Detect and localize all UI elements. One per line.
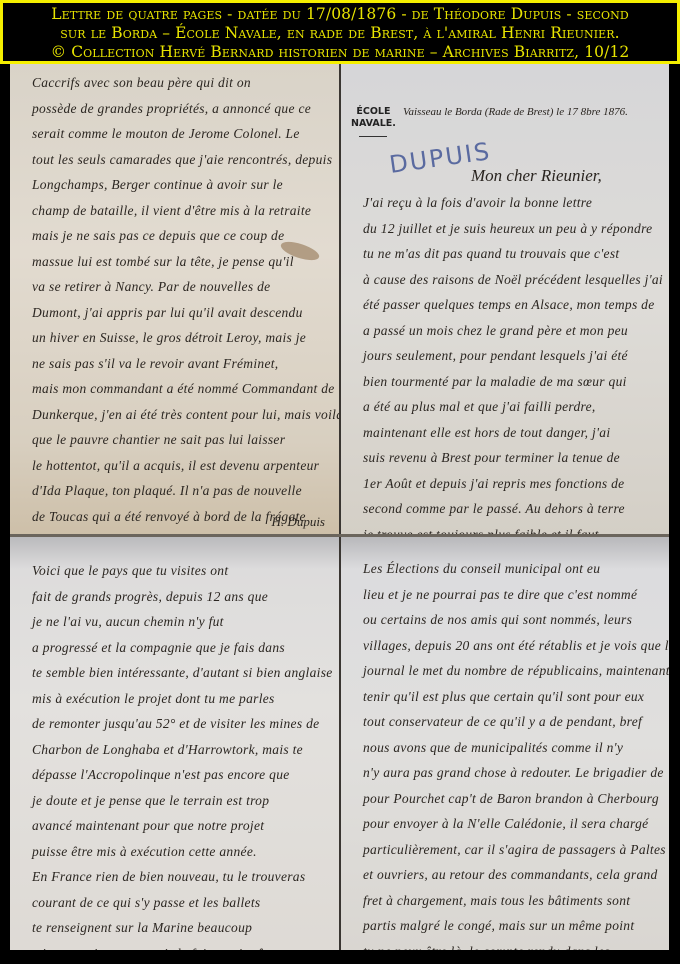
text-line: a progressé et la compagnie que je fais … — [10, 635, 339, 661]
text-line: a été au plus mal et que j'ai failli per… — [341, 394, 669, 420]
text-line: tu ne m'as dit pas quand tu trouvais que… — [341, 241, 669, 267]
ecole-navale-letterhead: ÉCOLE NAVALE. — [351, 106, 396, 137]
text-line: puisse être mis à exécution cette année. — [10, 839, 339, 865]
text-line: J'ai reçu à la fois d'avoir la bonne let… — [341, 190, 669, 216]
text-line: avancé maintenant pour que notre projet — [10, 813, 339, 839]
handwritten-text: Les Élections du conseil municipal ont e… — [341, 556, 669, 950]
text-line: fait de grands progrès, depuis 12 ans qu… — [10, 584, 339, 610]
place-and-date: Vaisseau le Borda (Rade de Brest) le 17 … — [403, 106, 628, 118]
letterhead-rule — [359, 136, 387, 137]
text-line: maintenant elle est hors de tout danger,… — [341, 420, 669, 446]
text-line: Longchamps, Berger continue à avoir sur … — [10, 172, 339, 198]
text-line: second comme par le passé. Au dehors à t… — [341, 496, 669, 522]
text-line: tenir qu'il est plus que certain qu'il s… — [341, 684, 669, 710]
text-line: Voici que le pays que tu visites ont — [10, 558, 339, 584]
text-line: te semble bien intéressante, d'autant si… — [10, 660, 339, 686]
page-fold-vertical — [339, 64, 341, 950]
text-line: tout les seuls camarades que j'aie renco… — [10, 147, 339, 173]
text-line: tu ne peux être là, le compte rendu dans… — [341, 939, 669, 951]
text-line: un hiver en Suisse, le gros détroit Lero… — [10, 325, 339, 351]
text-line: Les Élections du conseil municipal ont e… — [341, 556, 669, 582]
handwritten-text: Caccrifs avec son beau père qui dit on p… — [10, 70, 339, 529]
text-line: ne sais pas s'il va le revoir avant Frém… — [10, 351, 339, 377]
text-line: suis revenu à Brest pour terminer la ten… — [341, 445, 669, 471]
caption-line-2: sur le Borda – École Navale, en rade de … — [3, 24, 677, 43]
text-line: Dumont, j'ai appris par lui qu'il avait … — [10, 300, 339, 326]
text-line: et ouvriers, au retour des commandants, … — [341, 862, 669, 888]
caption-line-3: © Collection Hervé Bernard historien de … — [3, 43, 677, 62]
text-line: je doute et je pense que le terrain est … — [10, 788, 339, 814]
text-line: Dunkerque, j'en ai été très content pour… — [10, 402, 339, 428]
text-line: fret à chargement, mais tous les bâtimen… — [341, 888, 669, 914]
page-fold-horizontal — [10, 534, 669, 537]
text-line: courant de ce qui s'y passe et les balle… — [10, 890, 339, 916]
text-line: d'Ida Plaque, ton plaqué. Il n'a pas de … — [10, 478, 339, 504]
text-line: mieux que je ne pourrais le faire moi-mê… — [10, 941, 339, 951]
caption-banner: Lettre de quatre pages - datée du 17/08/… — [0, 0, 680, 64]
text-line: le hottentot, qu'il a acquis, il est dev… — [10, 453, 339, 479]
text-line: n'y aura pas grand chose à redouter. Le … — [341, 760, 669, 786]
text-line: que le pauvre chantier ne sait pas lui l… — [10, 427, 339, 453]
letter-page-3-bottom-right: Les Élections du conseil municipal ont e… — [341, 536, 669, 950]
handwritten-text: Voici que le pays que tu visites ont fai… — [10, 558, 339, 950]
text-line: ou certains de nos amis qui sont nommés,… — [341, 607, 669, 633]
text-line: je ne l'ai vu, aucun chemin n'y fut — [10, 609, 339, 635]
text-line: bien tourmenté par la maladie de ma sœur… — [341, 369, 669, 395]
text-line: Caccrifs avec son beau père qui dit on — [10, 70, 339, 96]
text-line: journal le met du nombre de républicains… — [341, 658, 669, 684]
text-line: partis malgré le congé, mais sur un même… — [341, 913, 669, 939]
text-line: serait comme le mouton de Jerome Colonel… — [10, 121, 339, 147]
text-line: du 12 juillet et je suis heureux un peu … — [341, 216, 669, 242]
text-line: possède de grandes propriétés, a annoncé… — [10, 96, 339, 122]
text-line: particulièrement, car il s'agira de pass… — [341, 837, 669, 863]
text-line: te renseignent sur la Marine beaucoup — [10, 915, 339, 941]
letter-page-1-top-right: ÉCOLE NAVALE. Vaisseau le Borda (Rade de… — [341, 64, 669, 536]
text-line: va se retirer à Nancy. Par de nouvelles … — [10, 274, 339, 300]
text-line: nous avons que de municipalités comme il… — [341, 735, 669, 761]
text-line: a passé un mois chez le grand père et mo… — [341, 318, 669, 344]
text-line: à cause des raisons de Noël précédent le… — [341, 267, 669, 293]
text-line: En France rien de bien nouveau, tu le tr… — [10, 864, 339, 890]
text-line: villages, depuis 20 ans ont été rétablis… — [341, 633, 669, 659]
text-line: dépasse l'Accropolinque n'est pas encore… — [10, 762, 339, 788]
caption-line-1: Lettre de quatre pages - datée du 17/08/… — [3, 5, 677, 24]
text-line: Charbon de Longhaba et d'Harrowtork, mai… — [10, 737, 339, 763]
text-line: champ de bataille, il vient d'être mis à… — [10, 198, 339, 224]
text-line: pour envoyer à la N'elle Calédonie, il s… — [341, 811, 669, 837]
text-line: mais mon commandant a été nommé Commanda… — [10, 376, 339, 402]
text-line: lieu et je ne pourrai pas te dire que c'… — [341, 582, 669, 608]
text-line: de remonter jusqu'au 52° et de visiter l… — [10, 711, 339, 737]
text-line: pour Pourchet cap't de Baron brandon à C… — [341, 786, 669, 812]
signature: H. Dupuis — [272, 514, 325, 530]
letter-page-4-top-left: Caccrifs avec son beau père qui dit on p… — [10, 64, 339, 536]
text-line: 1er Août et depuis j'ai repris mes fonct… — [341, 471, 669, 497]
handwritten-text: J'ai reçu à la fois d'avoir la bonne let… — [341, 190, 669, 536]
text-line: mis à exécution le projet dont tu me par… — [10, 686, 339, 712]
text-line: tout conservateur de ce qu'il y a de pen… — [341, 709, 669, 735]
letter-page-2-bottom-left: Voici que le pays que tu visites ont fai… — [10, 536, 339, 950]
salutation: Mon cher Rieunier, — [471, 166, 602, 186]
text-line: jours seulement, pour pendant lesquels j… — [341, 343, 669, 369]
text-line: été passer quelques temps en Alsace, mon… — [341, 292, 669, 318]
